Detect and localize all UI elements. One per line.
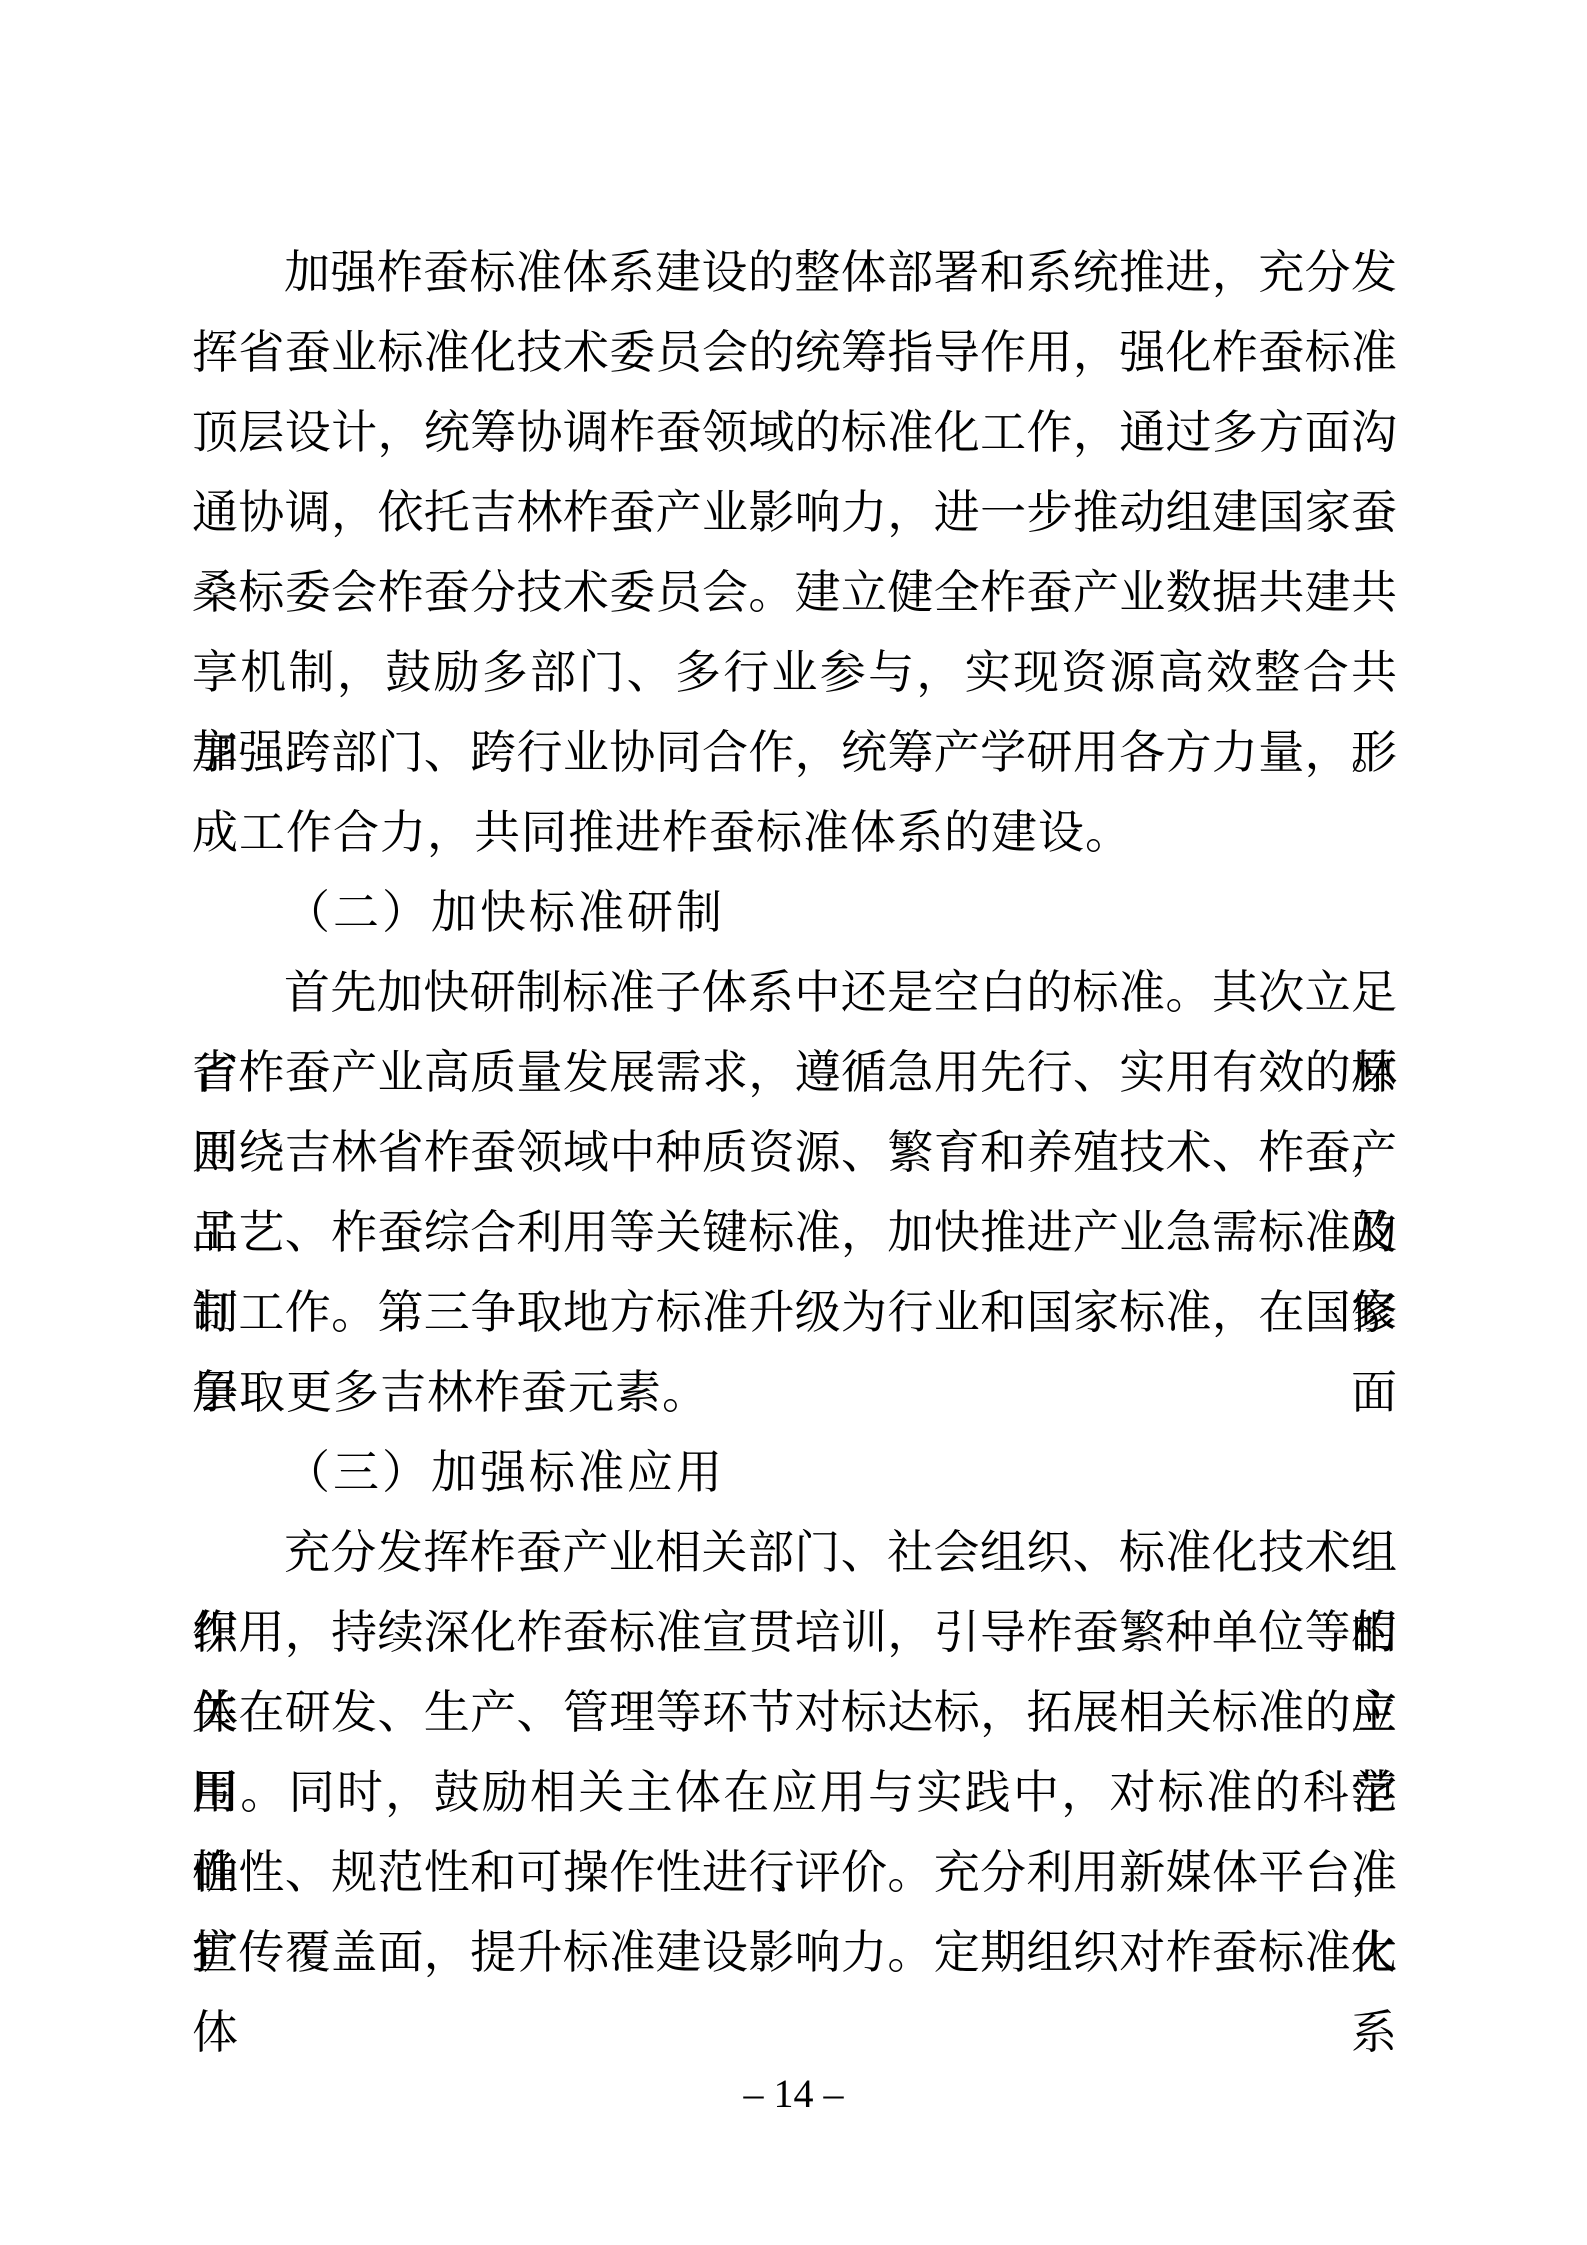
document-body: 加强柞蚕标准体系建设的整体部署和系统推进，充分发挥省蚕业标准化技术委员会的统筹指…: [192, 233, 1397, 1993]
text-line: 享机制，鼓励多部门、多行业参与，实现资源高效整合共享。: [192, 633, 1397, 713]
text-line: 工艺、柞蚕综合利用等关键标准，加快推进产业急需标准的制修: [192, 1193, 1397, 1273]
text-line: 顶层设计，统筹协调柞蚕领域的标准化工作，通过多方面沟: [192, 393, 1397, 473]
page-number-label: – 14 –: [744, 2071, 844, 2116]
document-page: 加强柞蚕标准体系建设的整体部署和系统推进，充分发挥省蚕业标准化技术委员会的统筹指…: [0, 0, 1587, 2245]
text-line: 围。同时，鼓励相关主体在应用与实践中，对标准的科学性、准: [192, 1753, 1397, 1833]
text-line: 成工作合力，共同推进柞蚕标准体系的建设。: [192, 793, 1397, 873]
text-line: 订工作。第三争取地方标准升级为行业和国家标准，在国家层面: [192, 1273, 1397, 1353]
text-line: 通协调，依托吉林柞蚕产业影响力，进一步推动组建国家蚕: [192, 473, 1397, 553]
text-line: 首先加快研制标准子体系中还是空白的标准。其次立足吉林: [192, 953, 1397, 1033]
text-line: 充分发挥柞蚕产业相关部门、社会组织、标准化技术组织的: [192, 1513, 1397, 1593]
text-line: 宣传覆盖面，提升标准建设影响力。定期组织对柞蚕标准化体系: [192, 1913, 1397, 1993]
text-line: 加强跨部门、跨行业协同合作，统筹产学研用各方力量，形: [192, 713, 1397, 793]
text-line: 围绕吉林省柞蚕领域中种质资源、繁育和养殖技术、柞蚕产品及: [192, 1113, 1397, 1193]
text-line: 挥省蚕业标准化技术委员会的统筹指导作用，强化柞蚕标准: [192, 313, 1397, 393]
section-heading: （三）加强标准应用: [192, 1433, 1397, 1513]
text-line: 作用，持续深化柞蚕标准宣贯培训，引导柞蚕繁种单位等相关主: [192, 1593, 1397, 1673]
text-line: 加强柞蚕标准体系建设的整体部署和系统推进，充分发: [192, 233, 1397, 313]
page-number: – 14 –: [0, 2068, 1587, 2120]
text-line: 桑标委会柞蚕分技术委员会。建立健全柞蚕产业数据共建共: [192, 553, 1397, 633]
section-heading: （二）加快标准研制: [192, 873, 1397, 953]
text-line: 体在研发、生产、管理等环节对标达标，拓展相关标准的应用范: [192, 1673, 1397, 1753]
text-line: 确性、规范性和可操作性进行评价。充分利用新媒体平台，扩大: [192, 1833, 1397, 1913]
text-line: 省柞蚕产业高质量发展需求，遵循急用先行、实用有效的原则，: [192, 1033, 1397, 1113]
